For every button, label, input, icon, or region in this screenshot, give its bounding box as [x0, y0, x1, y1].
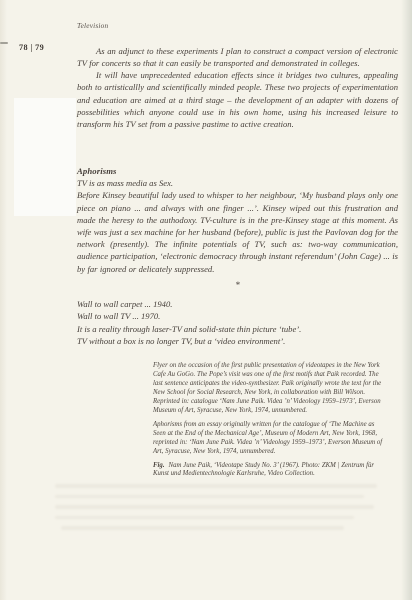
text-line: TV without a box is no longer TV, but a …	[77, 335, 398, 347]
aphorisms-body: Before Kinsey beautiful lady used to whi…	[77, 189, 398, 274]
text-line: Wall to wall carpet ... 1940.	[77, 298, 398, 310]
wall-aphorisms-block: Wall to wall carpet ... 1940.Wall to wal…	[77, 298, 398, 348]
page-showthrough-artifact	[55, 484, 377, 537]
footnote-flyer: Flyer on the occasion of the first publi…	[153, 362, 389, 416]
intro-text-block: As an adjunct to these experiments I pla…	[77, 45, 398, 130]
scan-light-patch	[14, 98, 76, 216]
page-number: 78 | 79	[19, 43, 44, 52]
intro-paragraph-1: As an adjunct to these experiments I pla…	[77, 45, 398, 69]
text-line: Wall to wall TV ... 1970.	[77, 310, 398, 322]
showthrough-line	[55, 484, 377, 488]
intro-paragraph-2: It will have unprecedented education eff…	[77, 69, 398, 130]
running-header: Television	[77, 21, 108, 30]
showthrough-line	[55, 495, 364, 499]
text-line: It is a reality through laser-TV and sol…	[77, 323, 398, 335]
aphorisms-section: Aphorisms TV is as mass media as Sex. Be…	[77, 165, 398, 275]
figure-caption-text: Nam June Paik, ‘Videotape Study No. 3’ (…	[153, 462, 374, 478]
showthrough-line	[55, 516, 354, 520]
aphorisms-heading: Aphorisms	[77, 165, 398, 177]
scan-dash-artifact	[0, 42, 8, 44]
footnote-aphorisms-source: Aphorisms from an essay originally writt…	[153, 421, 389, 457]
page-left-edge-shadow	[0, 0, 7, 600]
aphorisms-intro-line: TV is as mass media as Sex.	[77, 177, 398, 189]
book-page: Television 78 | 79 As an adjunct to thes…	[0, 0, 412, 600]
showthrough-line	[55, 505, 374, 509]
figure-label: Fig.	[153, 462, 165, 469]
figure-caption: Fig.Nam June Paik, ‘Videotape Study No. …	[153, 462, 389, 480]
showthrough-line	[61, 526, 344, 530]
footnotes-block: Flyer on the occasion of the first publi…	[153, 362, 389, 484]
section-separator-asterisk: *	[77, 280, 398, 290]
page-right-edge-shadow	[401, 0, 412, 600]
